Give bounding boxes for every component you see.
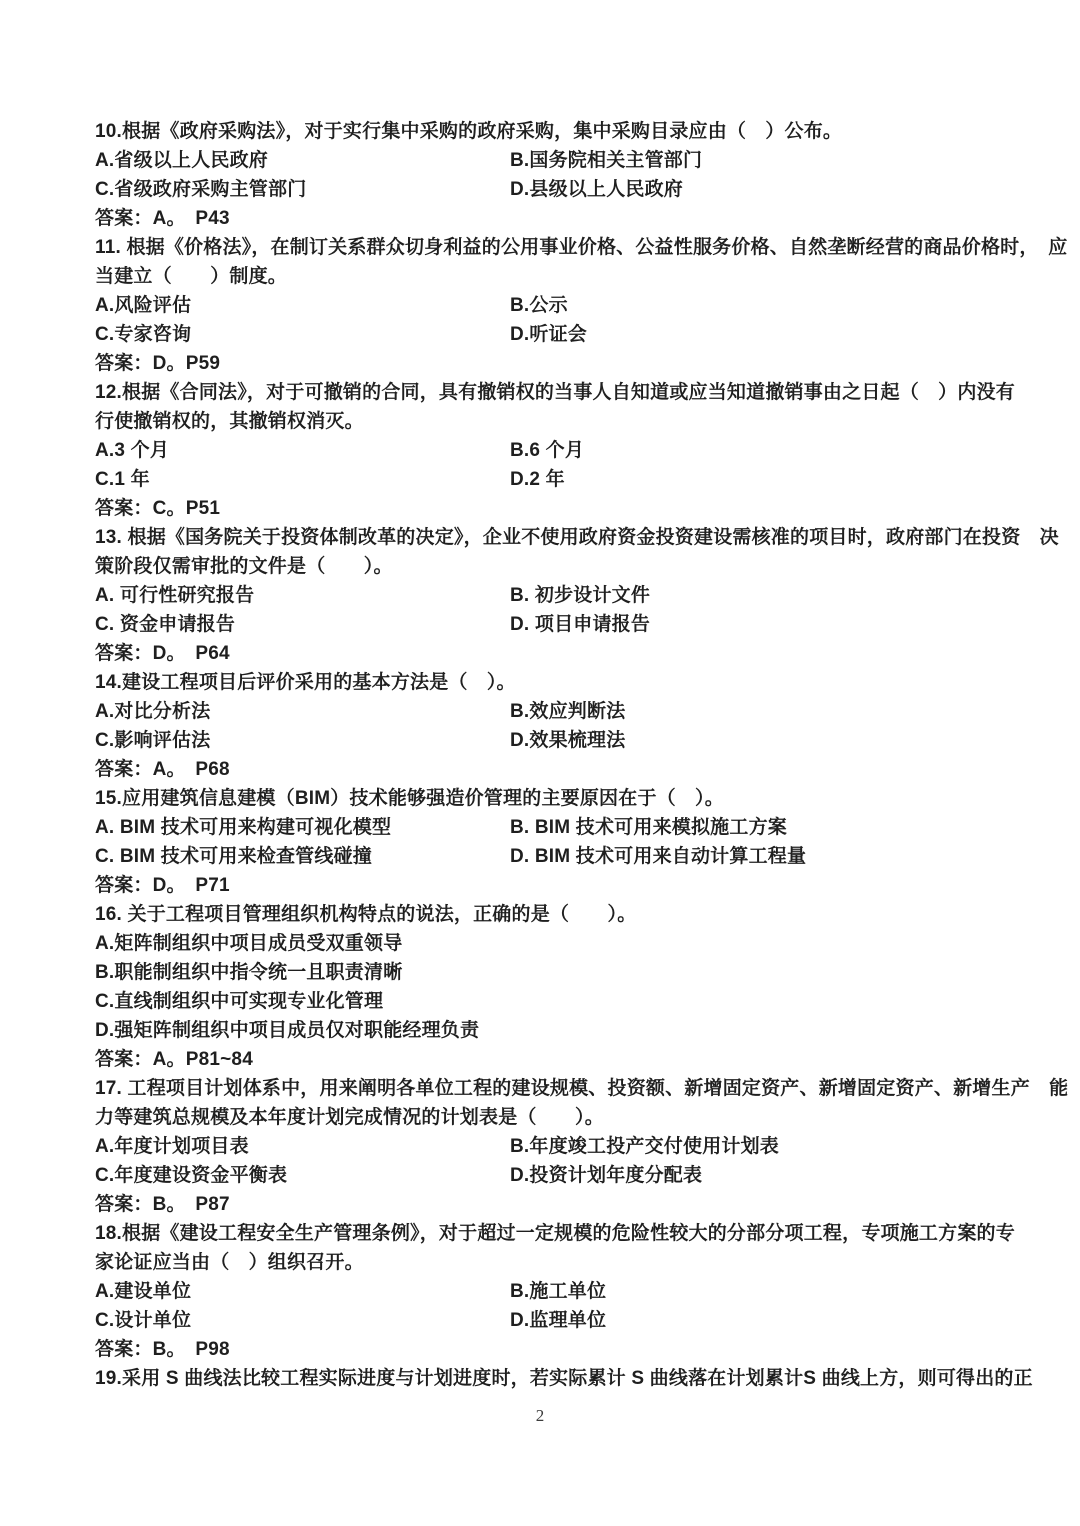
document-page: 10.根据《政府采购法》，对于实行集中采购的政府采购，集中采购目录应由（ ）公布… [0,0,1080,1526]
question-16-option-a: A.矩阵制组织中项目成员受双重领导 [95,929,402,958]
question-10-options-row-1: A.省级以上人民政府 B.国务院相关主管部门 [95,146,985,175]
question-13-option-c: C. 资金申请报告 [95,610,510,639]
question-15-stem: 15.应用建筑信息建模（BIM）技术能够强造价管理的主要原因在于（ ）。 [95,784,985,813]
question-14-option-c: C.影响评估法 [95,726,510,755]
question-18-option-c: C.设计单位 [95,1306,510,1335]
question-15-option-c: C. BIM 技术可用来检查管线碰撞 [95,842,510,871]
question-16-stem: 16. 关于工程项目管理组织机构特点的说法，正确的是（ ）。 [95,900,985,929]
question-12-answer: 答案：C。P51 [95,494,985,523]
question-17-stem-line-2: 力等建筑总规模及本年度计划完成情况的计划表是（ ）。 [95,1103,985,1132]
question-10-options-row-2: C.省级政府采购主管部门 D.县级以上人民政府 [95,175,985,204]
question-16: 16. 关于工程项目管理组织机构特点的说法，正确的是（ ）。 A.矩阵制组织中项… [95,900,985,1074]
question-14-answer: 答案：A。 P68 [95,755,985,784]
question-14-options-row-1: A.对比分析法 B.效应判断法 [95,697,985,726]
question-18-stem-line-1: 18.根据《建设工程安全生产管理条例》，对于超过一定规模的危险性较大的分部分项工… [95,1219,985,1248]
question-18-options-row-2: C.设计单位 D.监理单位 [95,1306,985,1335]
question-14-option-a: A.对比分析法 [95,697,510,726]
page-number: 2 [0,1406,1080,1426]
question-13-answer: 答案：D。 P64 [95,639,985,668]
question-11-options-row-2: C.专家咨询 D.听证会 [95,320,985,349]
question-16-answer: 答案：A。P81~84 [95,1045,985,1074]
question-17: 17. 工程项目计划体系中，用来阐明各单位工程的建设规模、投资额、新增固定资产、… [95,1074,985,1219]
question-13-option-a: A. 可行性研究报告 [95,581,510,610]
question-11-option-d: D.听证会 [510,320,985,349]
question-16-option-row-c: C.直线制组织中可实现专业化管理 [95,987,985,1016]
question-10-option-c: C.省级政府采购主管部门 [95,175,510,204]
question-12-stem-line-1: 12.根据《合同法》，对于可撤销的合同，具有撤销权的当事人自知道或应当知道撤销事… [95,378,985,407]
exam-content: 10.根据《政府采购法》，对于实行集中采购的政府采购，集中采购目录应由（ ）公布… [95,117,985,1393]
question-18-option-a: A.建设单位 [95,1277,510,1306]
question-12-option-c: C.1 年 [95,465,510,494]
question-15-option-a: A. BIM 技术可用来构建可视化模型 [95,813,510,842]
question-11-stem-line-1: 11. 根据《价格法》，在制订关系群众切身利益的公用事业价格、公益性服务价格、自… [95,233,985,262]
question-13-options-row-1: A. 可行性研究报告 B. 初步设计文件 [95,581,985,610]
question-11-option-c: C.专家咨询 [95,320,510,349]
question-17-options-row-2: C.年度建设资金平衡表 D.投资计划年度分配表 [95,1161,985,1190]
question-11-options-row-1: A.风险评估 B.公示 [95,291,985,320]
question-10-option-d: D.县级以上人民政府 [510,175,985,204]
question-18-options-row-1: A.建设单位 B.施工单位 [95,1277,985,1306]
question-12: 12.根据《合同法》，对于可撤销的合同，具有撤销权的当事人自知道或应当知道撤销事… [95,378,985,523]
question-14-options-row-2: C.影响评估法 D.效果梳理法 [95,726,985,755]
question-16-option-row-b: B.职能制组织中指令统一且职责清晰 [95,958,985,987]
question-14-option-d: D.效果梳理法 [510,726,985,755]
question-17-option-a: A.年度计划项目表 [95,1132,510,1161]
question-15-options-row-1: A. BIM 技术可用来构建可视化模型 B. BIM 技术可用来模拟施工方案 [95,813,985,842]
question-17-option-c: C.年度建设资金平衡表 [95,1161,510,1190]
question-14-stem: 14.建设工程项目后评价采用的基本方法是（ ）。 [95,668,985,697]
question-12-options-row-2: C.1 年 D.2 年 [95,465,985,494]
question-16-option-c: C.直线制组织中可实现专业化管理 [95,987,383,1016]
question-11-option-b: B.公示 [510,291,985,320]
question-17-option-b: B.年度竣工投产交付使用计划表 [510,1132,985,1161]
question-15-options-row-2: C. BIM 技术可用来检查管线碰撞 D. BIM 技术可用来自动计算工程量 [95,842,985,871]
question-14: 14.建设工程项目后评价采用的基本方法是（ ）。 A.对比分析法 B.效应判断法… [95,668,985,784]
question-12-option-a: A.3 个月 [95,436,510,465]
question-11-option-a: A.风险评估 [95,291,510,320]
question-13-stem-line-2: 策阶段仅需审批的文件是（ ）。 [95,552,985,581]
question-10-stem: 10.根据《政府采购法》，对于实行集中采购的政府采购，集中采购目录应由（ ）公布… [95,117,985,146]
question-13-option-b: B. 初步设计文件 [510,581,985,610]
question-18-stem-line-2: 家论证应当由（ ）组织召开。 [95,1248,985,1277]
question-10-option-a: A.省级以上人民政府 [95,146,510,175]
question-12-option-d: D.2 年 [510,465,985,494]
question-13-options-row-2: C. 资金申请报告 D. 项目申请报告 [95,610,985,639]
question-10-option-b: B.国务院相关主管部门 [510,146,985,175]
question-11-stem-line-2: 当建立（ ）制度。 [95,262,985,291]
question-10: 10.根据《政府采购法》，对于实行集中采购的政府采购，集中采购目录应由（ ）公布… [95,117,985,233]
question-11-answer: 答案：D。P59 [95,349,985,378]
question-12-options-row-1: A.3 个月 B.6 个月 [95,436,985,465]
question-16-option-row-d: D.强矩阵制组织中项目成员仅对职能经理负责 [95,1016,985,1045]
question-12-stem-line-2: 行使撤销权的，其撤销权消灭。 [95,407,985,436]
question-14-option-b: B.效应判断法 [510,697,985,726]
question-13-option-d: D. 项目申请报告 [510,610,985,639]
question-18: 18.根据《建设工程安全生产管理条例》，对于超过一定规模的危险性较大的分部分项工… [95,1219,985,1364]
question-13-stem-line-1: 13. 根据《国务院关于投资体制改革的决定》，企业不使用政府资金投资建设需核准的… [95,523,985,552]
question-16-option-row-a: A.矩阵制组织中项目成员受双重领导 [95,929,985,958]
question-18-option-b: B.施工单位 [510,1277,985,1306]
question-19-stem: 19.采用 S 曲线法比较工程实际进度与计划进度时，若实际累计 S 曲线落在计划… [95,1364,985,1393]
question-17-stem-line-1: 17. 工程项目计划体系中，用来阐明各单位工程的建设规模、投资额、新增固定资产、… [95,1074,985,1103]
question-15-answer: 答案：D。 P71 [95,871,985,900]
question-15-option-b: B. BIM 技术可用来模拟施工方案 [510,813,985,842]
question-18-answer: 答案：B。 P98 [95,1335,985,1364]
question-15: 15.应用建筑信息建模（BIM）技术能够强造价管理的主要原因在于（ ）。 A. … [95,784,985,900]
question-16-option-b: B.职能制组织中指令统一且职责清晰 [95,958,402,987]
question-17-options-row-1: A.年度计划项目表 B.年度竣工投产交付使用计划表 [95,1132,985,1161]
question-18-option-d: D.监理单位 [510,1306,985,1335]
question-10-answer: 答案：A。 P43 [95,204,985,233]
question-16-option-d: D.强矩阵制组织中项目成员仅对职能经理负责 [95,1016,479,1045]
question-15-option-d: D. BIM 技术可用来自动计算工程量 [510,842,985,871]
question-19: 19.采用 S 曲线法比较工程实际进度与计划进度时，若实际累计 S 曲线落在计划… [95,1364,985,1393]
question-17-option-d: D.投资计划年度分配表 [510,1161,985,1190]
question-12-option-b: B.6 个月 [510,436,985,465]
question-17-answer: 答案：B。 P87 [95,1190,985,1219]
question-13: 13. 根据《国务院关于投资体制改革的决定》，企业不使用政府资金投资建设需核准的… [95,523,985,668]
question-11: 11. 根据《价格法》，在制订关系群众切身利益的公用事业价格、公益性服务价格、自… [95,233,985,378]
